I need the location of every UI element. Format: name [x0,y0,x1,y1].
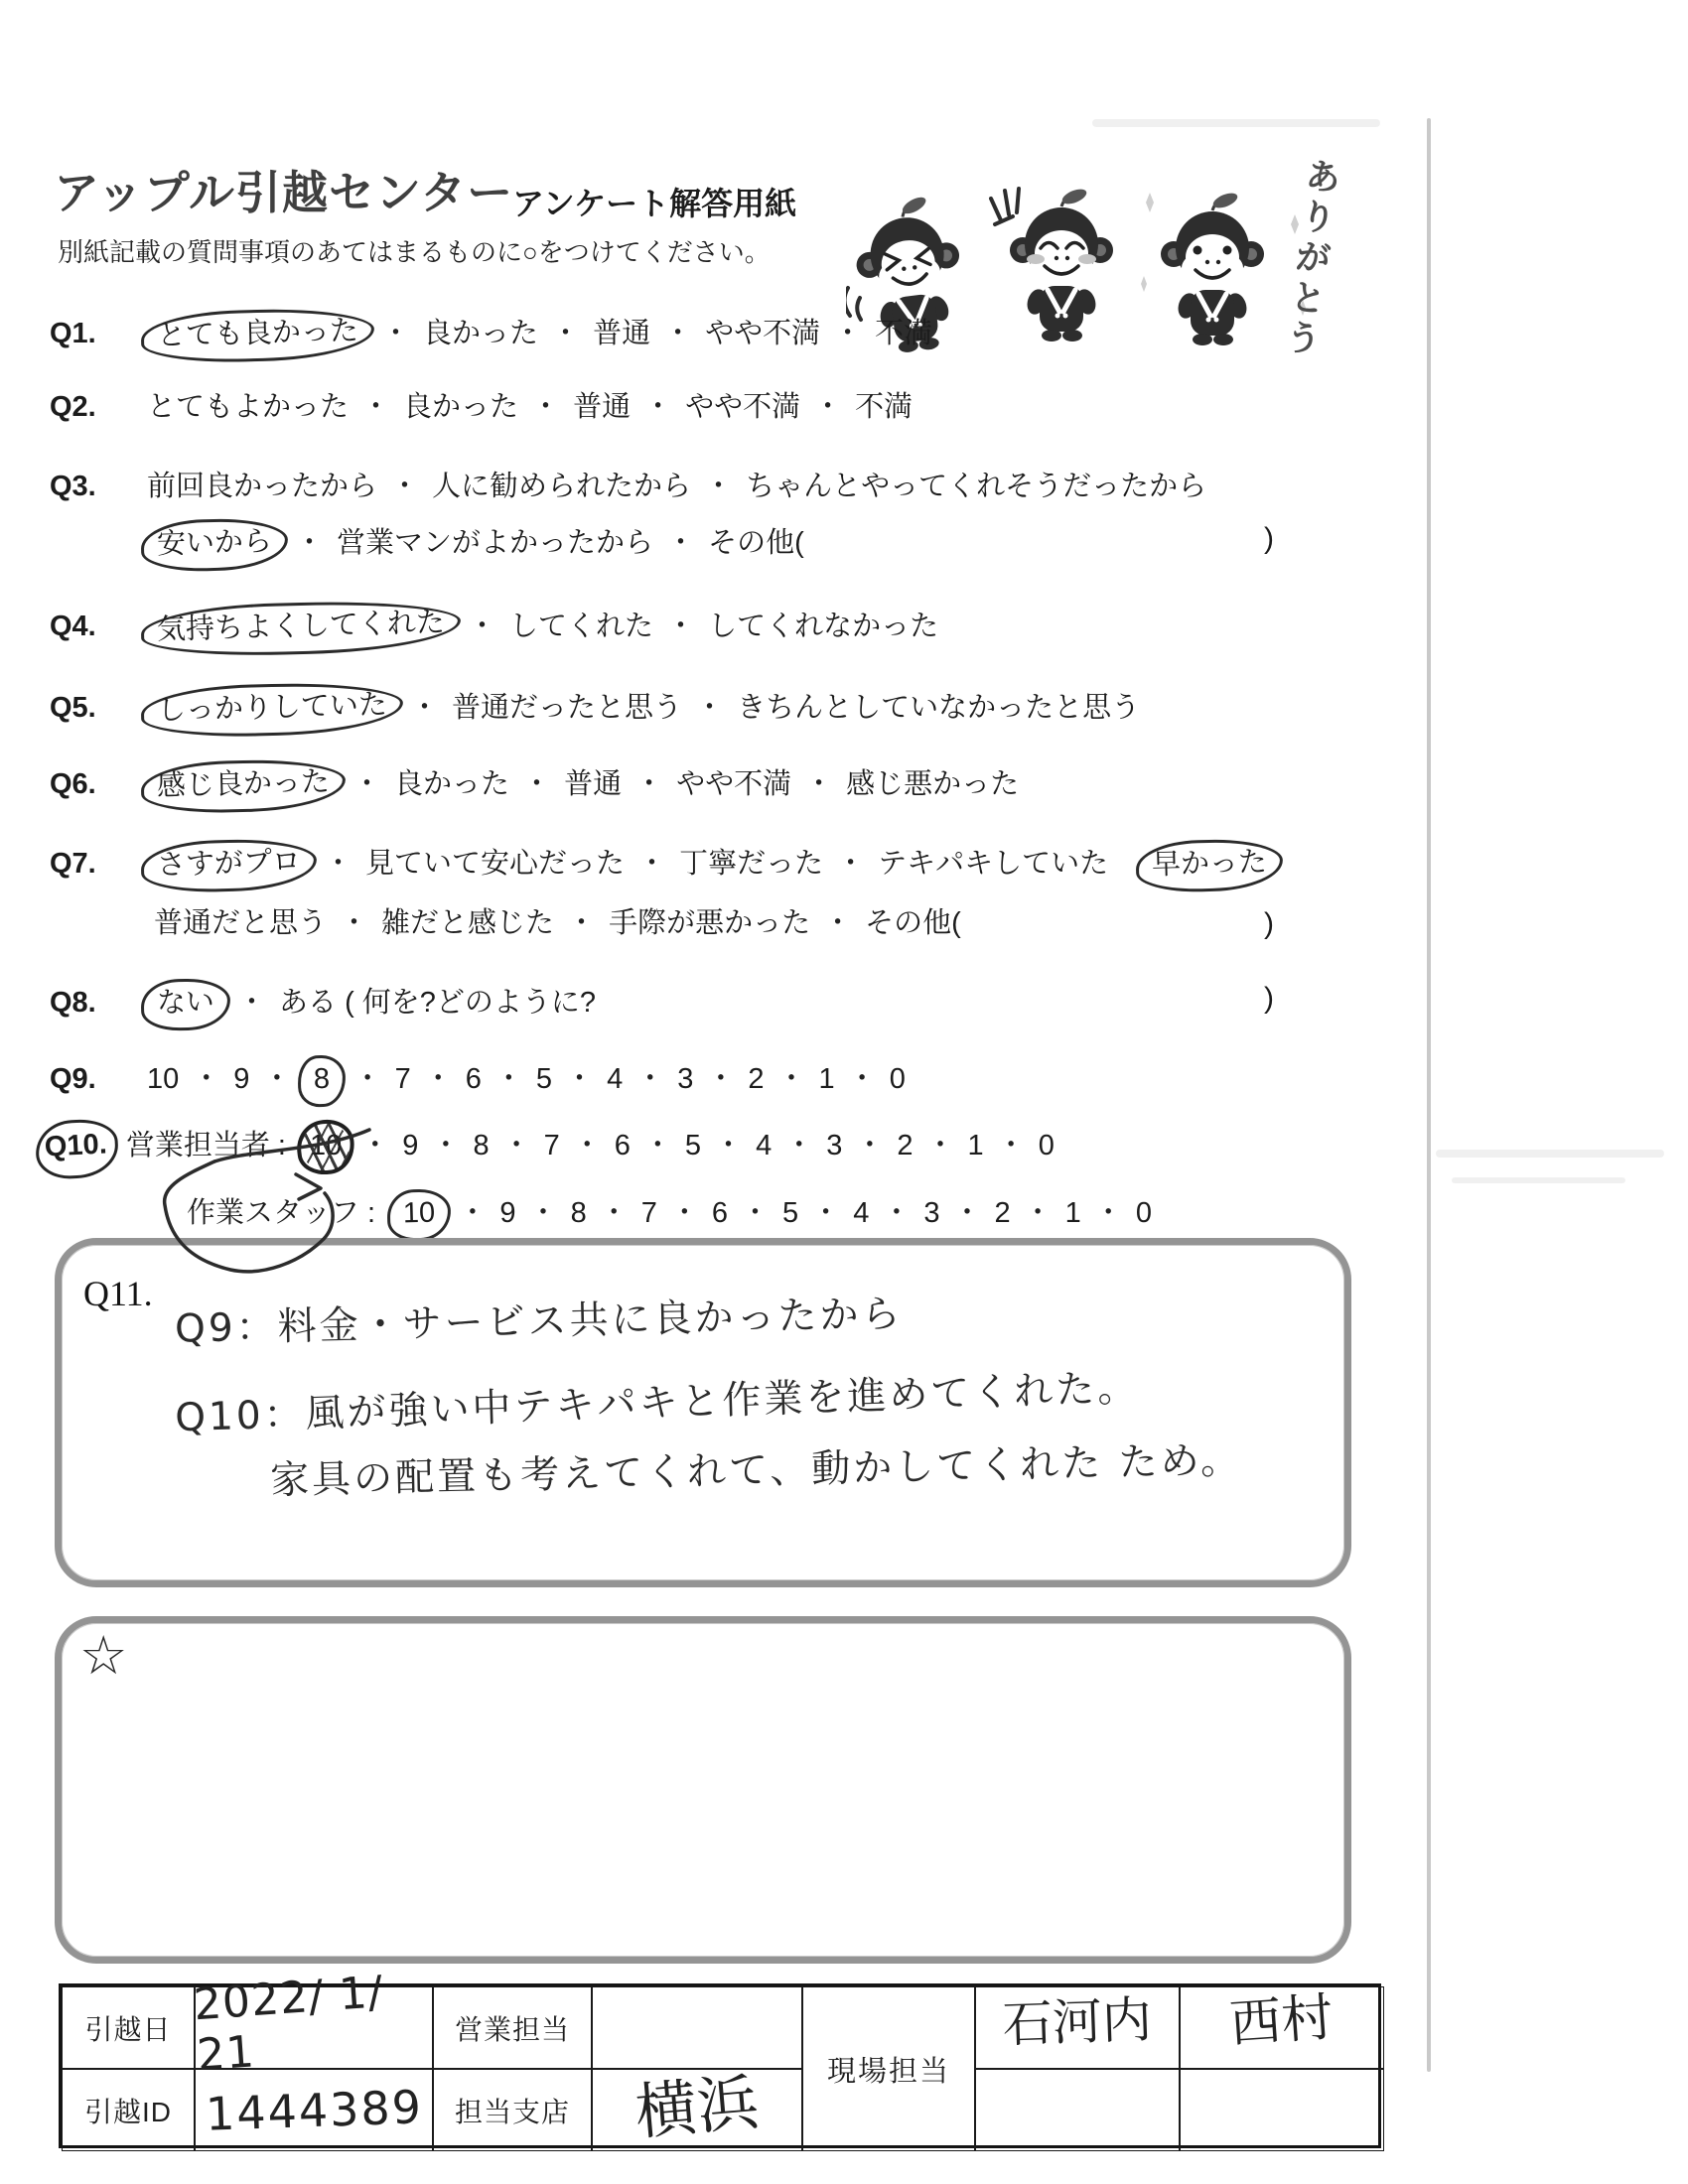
option: 1 [1065,1197,1081,1229]
option-separator: ・ [833,315,862,353]
option-separator: ・ [192,1060,220,1099]
option-selected: とても良かった [140,307,374,364]
option: やや不満 [705,318,820,349]
option: 良かった [403,391,518,423]
option-selected: さすがプロ [140,838,317,894]
option: 2 [995,1197,1011,1229]
option-separator: ・ [340,904,368,943]
option-separator: ・ [494,1060,523,1099]
question-label: Q2. [50,388,147,427]
option-separator: ・ [663,315,692,353]
option: 手際が悪かった [609,907,810,939]
question-prefix: 営業担当者 : [126,1127,286,1165]
question-line: Q3.前回良かったから・人に勧められたから・ちゃんとやってくれそうだったから [50,468,1206,506]
option-separator: ・ [706,1060,735,1099]
option: 8 [571,1197,587,1229]
option: してくれなかった [708,611,938,642]
option-separator: ・ [531,388,560,427]
move-date-label: 引越日 [62,1986,195,2069]
option: その他( [865,907,961,939]
option-selected: 安いから [140,517,288,573]
scan-smudge [1092,119,1380,127]
option-separator: ・ [855,1127,884,1165]
sales-rep-value [592,1986,802,2069]
option-separator: ・ [324,845,352,884]
option: ある ( 何を?どのように? [279,987,596,1019]
site-staff-name-1: 石河内 [1001,1979,1152,2056]
option-separator: ・ [882,1194,911,1233]
option-separator: ・ [573,1127,602,1165]
question-line: Q4.気持ちよくしてくれた・してくれた・してくれなかった [50,603,938,654]
option-selected: 気持ちよくしてくれた [140,599,461,659]
option-separator: ・ [784,1127,813,1165]
option: きちんとしていなかったと思う [737,692,1140,724]
option: 6 [466,1063,482,1095]
option: 5 [685,1130,701,1161]
option-separator: ・ [813,388,842,427]
option: 0 [890,1063,906,1095]
question-line: Q1.とても良かった・良かった・普通・やや不満・不満 [50,310,932,361]
option-separator: ・ [704,468,733,506]
option-separator: ・ [926,1127,955,1165]
option-separator: ・ [811,1194,840,1233]
option: その他( [708,527,804,559]
option-selected: しっかりしていた [140,681,403,740]
scan-smudge [1452,1177,1625,1183]
option-separator: ・ [836,845,865,884]
option: 4 [853,1197,869,1229]
option: 感じ悪かった [846,768,1019,800]
option-separator: ・ [565,1060,594,1099]
empty-cell [975,2069,1180,2151]
option: 6 [615,1130,631,1161]
option-separator: ・ [360,1127,389,1165]
site-staff-label: 現場担当 [802,1986,975,2151]
extra-comment-box [55,1616,1351,1964]
option: 良かった [423,318,538,349]
option-separator: ・ [741,1194,770,1233]
option: 4 [756,1130,772,1161]
question-line: Q7.さすがプロ・見ていて安心だった・丁寧だった・テキパキしていた早かった [50,840,1277,891]
option-selected: 早かった [1135,838,1283,893]
option: 営業マンがよかったから [337,527,653,559]
answer-close-paren: ) [1264,519,1274,560]
option: 3 [923,1197,939,1229]
option-separator: ・ [551,315,580,353]
empty-cell [1180,2069,1384,2151]
option-separator: ・ [522,765,551,804]
option-separator: ・ [777,1060,806,1099]
branch-label: 担当支店 [433,2069,592,2151]
move-id-label: 引越ID [62,2069,195,2151]
option: やや不満 [676,768,791,800]
question-line: Q5.しっかりしていた・普通だったと思う・きちんとしていなかったと思う [50,684,1140,736]
option: 6 [712,1197,728,1229]
question-label: Q6. [50,765,147,804]
move-id-value: 1444389 [205,2080,424,2141]
option-separator: ・ [352,765,381,804]
option: してくれた [509,611,653,642]
question-prefix: 作業スタッフ : [187,1194,375,1233]
option-separator: ・ [468,608,496,646]
option-separator: ・ [353,1060,382,1099]
option-separator: ・ [643,388,672,427]
option: 5 [782,1197,798,1229]
question-line: Q10.営業担当者 :10・9・8・7・6・5・4・3・2・1・0 [46,1125,1055,1169]
option: 普通だと思う [154,907,327,939]
option-separator: ・ [952,1194,981,1233]
option-separator: ・ [502,1127,531,1165]
question-line: Q2.とてもよかった・良かった・普通・やや不満・不満 [50,388,913,427]
option: 9 [499,1197,515,1229]
option: 10 [147,1063,179,1095]
option: 8 [473,1130,489,1161]
option: 丁寧だった [679,848,823,880]
option-separator: ・ [361,388,390,427]
question-label: Q7. [50,845,147,884]
option-separator: ・ [390,468,419,506]
option-separator: ・ [635,1060,664,1099]
option: 0 [1039,1130,1055,1161]
option-separator: ・ [237,984,266,1023]
option-selected: 10 [386,1188,452,1242]
option: 7 [544,1130,560,1161]
question-label: Q9. [50,1060,147,1099]
option-separator: ・ [410,689,439,728]
form-instruction: 別紙記載の質問事項のあてはまるものに○をつけてください。 [58,232,771,269]
site-staff-name-2: 西村 [1227,1975,1336,2056]
question-line: 作業スタッフ :10・9・8・7・6・5・4・3・2・1・0 [187,1189,1152,1241]
question-label: Q1. [50,315,147,353]
answer-close-paren: ) [1264,979,1274,1020]
option: 9 [233,1063,249,1095]
option: 1 [968,1130,984,1161]
question-label: Q8. [50,984,147,1023]
option: ちゃんとやってくれそうだったから [746,471,1206,502]
option: 5 [536,1063,552,1095]
branch-value: 横浜 [632,2053,762,2151]
footer-info-table: 引越日 2022/ 1/ 21 営業担当 現場担当 石河内 西村 引越ID 14… [59,1983,1381,2148]
option: 2 [748,1063,764,1095]
option-separator: ・ [848,1060,877,1099]
question-line: Q6.感じ良かった・良かった・普通・やや不満・感じ悪かった [50,760,1019,812]
option: 普通 [593,318,650,349]
option: とてもよかった [147,391,349,423]
option-separator: ・ [823,904,852,943]
option: 普通 [564,768,622,800]
question-label: Q4. [50,608,147,646]
scan-page-edge-line [1427,118,1431,2072]
move-date-value: 2022/ 1/ 21 [192,1963,435,2080]
option: テキパキしていた [878,848,1108,880]
form-title: アップル引越センター [54,157,513,222]
option: 良かった [394,768,509,800]
option: 3 [826,1130,842,1161]
option: 7 [395,1063,411,1095]
answer-close-paren: ) [1264,904,1274,945]
option-separator: ・ [567,904,596,943]
question-line: 普通だと思う・雑だと感じた・手際が悪かった・その他() [154,904,1274,943]
option: 雑だと感じた [381,907,554,939]
question-line: 安いから・営業マンがよかったから・その他() [147,519,1274,571]
option-separator: ・ [458,1194,487,1233]
question-line: Q9.10・9・8・7・6・5・4・3・2・1・0 [50,1055,906,1107]
question-label: Q5. [50,689,147,728]
option-separator: ・ [295,524,324,563]
scan-smudge [1436,1150,1664,1158]
option-separator: ・ [666,608,695,646]
option-separator: ・ [666,524,695,563]
option: 普通だったと思う [452,692,682,724]
sales-rep-label: 営業担当 [433,1986,592,2069]
option-separator: ・ [431,1127,460,1165]
option: 2 [897,1130,913,1161]
option: やや不満 [685,391,800,423]
option-separator: ・ [714,1127,743,1165]
option-separator: ・ [634,765,663,804]
option-separator: ・ [529,1194,558,1233]
option-separator: ・ [1094,1194,1123,1233]
option-selected: 感じ良かった [140,757,346,815]
option-separator: ・ [643,1127,672,1165]
option: 見ていて安心だった [365,848,625,880]
q11-label: Q11. [83,1273,153,1314]
option: 人に勧められたから [432,471,691,502]
option: 9 [402,1130,418,1161]
option-selected: 8 [298,1054,347,1107]
question-line: Q8.ない・ある ( 何を?どのように?) [50,979,1274,1030]
form-subtitle: アンケート解答用紙 [512,179,796,224]
option-separator: ・ [1024,1194,1053,1233]
option: 0 [1136,1197,1152,1229]
option-separator: ・ [804,765,833,804]
option: 不満 [875,318,932,349]
option-separator: ・ [424,1060,453,1099]
option-separator: ・ [637,845,666,884]
option-separator: ・ [695,689,724,728]
option: 4 [607,1063,623,1095]
option: 普通 [573,391,631,423]
option: 1 [819,1063,835,1095]
option-selected: ない [140,978,230,1031]
option: 3 [677,1063,693,1095]
question-label: Q10. [35,1118,120,1180]
option-separator: ・ [600,1194,629,1233]
option-separator: ・ [670,1194,699,1233]
option-separator: ・ [997,1127,1026,1165]
star-icon: ☆ [79,1624,127,1687]
question-label: Q3. [50,468,147,506]
option-separator: ・ [262,1060,291,1099]
option-selected: 10 [300,1125,352,1169]
option: 不満 [855,391,913,423]
option-separator: ・ [381,315,410,353]
option: 前回良かったから [147,471,377,502]
option: 7 [641,1197,657,1229]
